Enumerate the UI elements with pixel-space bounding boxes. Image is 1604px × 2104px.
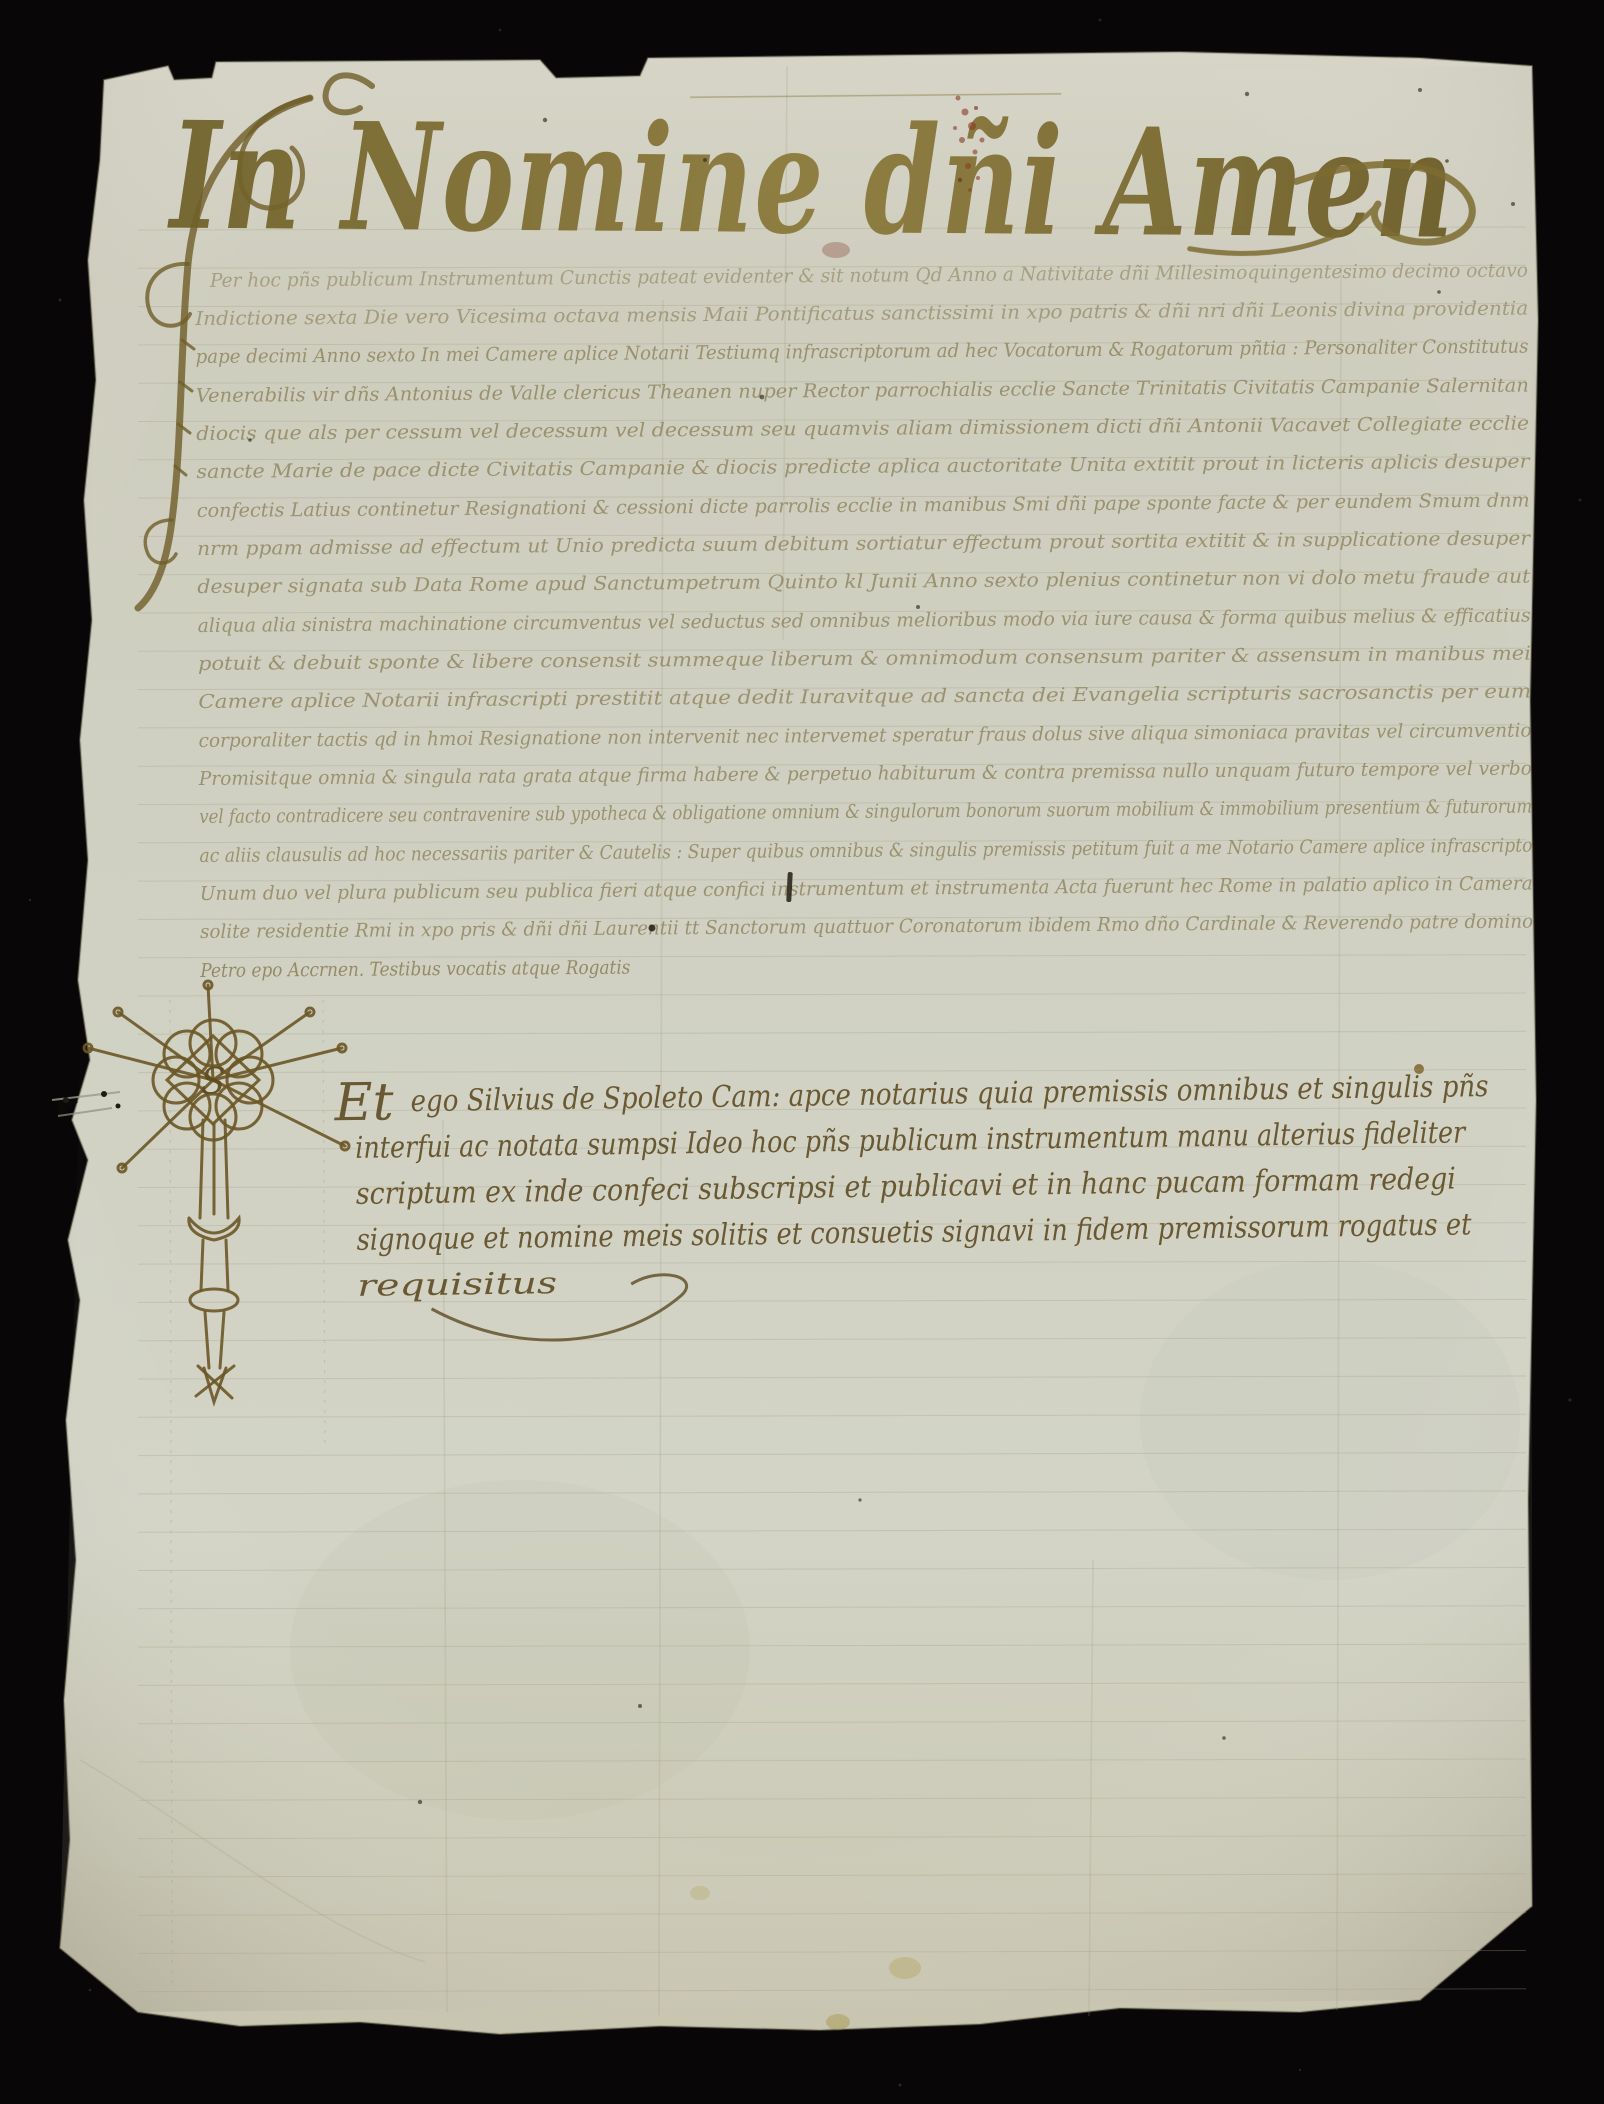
manuscript-photo: In Nomine dñi Amen Per hoc pñs publicum … (0, 0, 1604, 2104)
yellow-stain (889, 1957, 921, 1979)
signum-letter: S (201, 1062, 226, 1103)
photo-background: In Nomine dñi Amen Per hoc pñs publicum … (0, 0, 1604, 2104)
subscription-initial: Et (333, 1072, 394, 1133)
subscription-line-5: requisitus (357, 1266, 557, 1304)
invocation-heading: In Nomine dñi Amen (167, 89, 1456, 272)
body-line-19: Petro epo Accrnen. Testibus vocatis atqu… (199, 957, 630, 982)
